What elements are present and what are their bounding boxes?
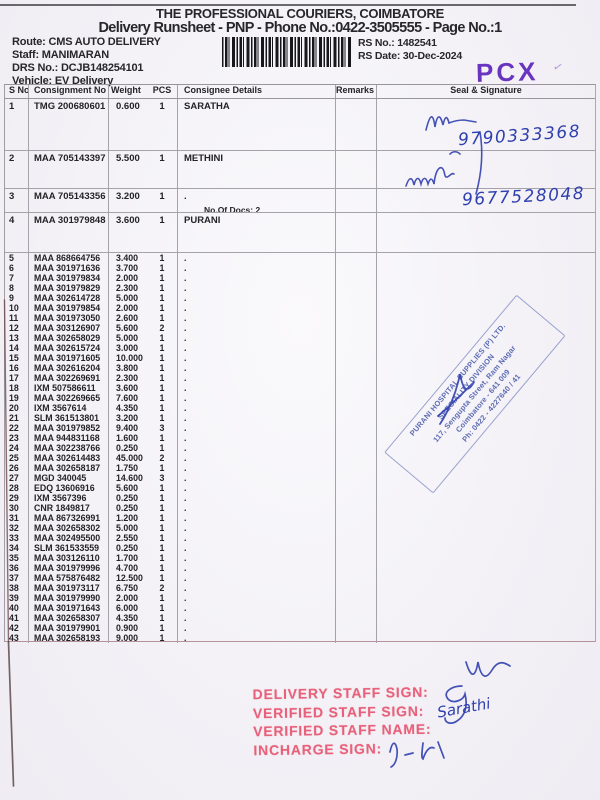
cell-c6 [336,313,377,323]
cell-c4: 1 [147,263,178,273]
cell-c6 [336,433,377,443]
cell-c2: MAA 301973050 [29,313,109,323]
cell-c3: 3.200 [109,189,147,212]
cell-c2: MAA 301979854 [29,303,109,313]
cell-c3: 3.800 [109,363,147,373]
checkmark-icon: ✓ [551,59,564,75]
cell-c7 [377,273,595,283]
cell-c7 [377,213,595,252]
header-consignment: Consignment No [29,85,109,98]
cell-c6 [336,593,377,603]
cell-c2: IXM 3567396 [29,493,109,503]
cell-c4: 3 [147,423,178,433]
cell-c5: . [178,323,336,333]
header-seal: Seal & Signature [377,85,595,98]
cell-c5: . [178,373,336,383]
cell-c4: 1 [147,433,178,443]
cell-c1: 11 [5,313,29,323]
cell-c4: 1 [147,413,178,423]
cell-c2: IXM 507586611 [29,383,109,393]
table-row: 5MAA 8686647563.4001. [5,253,595,263]
verified-staff-sign-label: VERIFIED STAFF SIGN: [253,701,432,722]
cell-c1: 40 [5,603,29,613]
cell-c3: 45.000 [109,453,147,463]
table-row: 6MAA 3019716363.7001. [5,263,595,273]
table-row: 32MAA 3026583025.0001. [5,523,595,533]
cell-c1: 38 [5,583,29,593]
staff-line: Staff: MANIMARAN [12,49,161,62]
docs-note: No.Of Docs: 2 [184,205,335,212]
cell-c1: 24 [5,443,29,453]
cell-c2: MAA 301979829 [29,283,109,293]
cell-c1: 26 [5,463,29,473]
runsheet-subtitle: Delivery Runsheet - PNP - Phone No.:0422… [0,20,600,36]
cell-c5: . [178,563,336,573]
cell-c2: MAA 302658307 [29,613,109,623]
cell-c3: 0.250 [109,493,147,503]
cell-c6 [336,443,377,453]
cell-c1: 33 [5,533,29,543]
cell-c6 [336,563,377,573]
cell-c4: 1 [147,99,178,150]
cell-c4: 1 [147,503,178,513]
cell-c5: . [178,623,336,633]
cell-c3: 0.250 [109,543,147,553]
cell-c2: MAA 868664756 [29,253,109,263]
cell-c7 [377,313,595,323]
cell-c5: . [178,443,336,453]
drs-label: DRS No.: [12,62,58,74]
cell-c4: 1 [147,403,178,413]
cell-c2: MAA 302616204 [29,363,109,373]
table-row: 28EDQ 136069165.6001. [5,483,595,493]
staff-value: MANIMARAN [42,49,109,61]
cell-c3: 2.000 [109,303,147,313]
cell-c3: 5.000 [109,523,147,533]
cell-c2: MAA 867326991 [29,513,109,523]
header-consignee: Consignee Details [178,85,336,98]
company-title: THE PROFESSIONAL COURIERS, COIMBATORE [0,6,600,21]
cell-c1: 36 [5,563,29,573]
cell-c4: 1 [147,363,178,373]
cell-c1: 2 [5,151,29,188]
cell-c7 [377,603,595,613]
cell-c6 [336,353,377,363]
cell-c5: . [178,253,336,263]
cell-c6 [336,283,377,293]
cell-c6 [336,423,377,433]
cell-c5: . [178,583,336,593]
cell-c3: 9.400 [109,423,147,433]
cell-c6 [336,383,377,393]
rs-date-label: RS Date: [358,50,400,62]
cell-c1: 3 [5,189,29,212]
cell-c2: MAA 303126907 [29,323,109,333]
cell-c1: 13 [5,333,29,343]
cell-c3: 10.000 [109,353,147,363]
cell-c5: . [178,543,336,553]
cell-c6 [336,583,377,593]
cell-c3: 2.550 [109,533,147,543]
cell-c1: 27 [5,473,29,483]
cell-c1: 28 [5,483,29,493]
cell-c3: 5.000 [109,333,147,343]
cell-c7 [377,623,595,633]
cell-c3: 5.600 [109,483,147,493]
cell-c1: 31 [5,513,29,523]
cell-c3: 4.350 [109,613,147,623]
drs-line: DRS No.: DCJB148254101 [12,62,161,75]
cell-c6 [336,413,377,423]
cell-c5: . [178,333,336,343]
cell-c1: 23 [5,433,29,443]
cell-c3: 2.600 [109,313,147,323]
route-label: Route: [12,36,46,48]
cell-c6 [336,403,377,413]
cell-c5: . [178,293,336,303]
cell-c1: 20 [5,403,29,413]
cell-c5: . [178,423,336,433]
cell-c5: . [178,313,336,323]
table-row: 33MAA 3024955002.5501. [5,533,595,543]
cell-c7 [377,493,595,503]
cell-c2: MAA 301971643 [29,603,109,613]
table-row: 34SLM 3615335590.2501. [5,543,595,553]
cell-c5: . [178,523,336,533]
cell-c7 [377,593,595,603]
cell-c3: 3.000 [109,343,147,353]
cell-c5: . [178,273,336,283]
cell-c2: MAA 705143397 [29,151,109,188]
cell-c7 [377,283,595,293]
cell-c2: MAA 301971636 [29,263,109,273]
cell-c3: 3.600 [109,383,147,393]
cell-c6 [336,323,377,333]
cell-c5: . [178,483,336,493]
cell-c5: . [178,413,336,423]
cell-c1: 21 [5,413,29,423]
cell-c2: SLM 361533559 [29,543,109,553]
cell-c4: 1 [147,483,178,493]
rs-no-label: RS No.: [358,37,395,49]
cell-c4: 1 [147,593,178,603]
cell-c6 [336,513,377,523]
cell-c5: . [178,493,336,503]
cell-c1: 39 [5,593,29,603]
cell-c1: 4 [5,213,29,252]
cell-c7 [377,633,595,643]
cell-c6 [336,303,377,313]
cell-c6 [336,189,377,212]
cell-c3: 0.250 [109,443,147,453]
rs-date-line: RS Date: 30-Dec-2024 [358,50,462,63]
header-sno: S No [5,85,29,98]
cell-c4: 1 [147,553,178,563]
cell-c3: 3.200 [109,413,147,423]
cell-c6 [336,633,377,643]
drs-value: DCJB148254101 [61,62,143,74]
cell-c6 [336,463,377,473]
cell-c3: 5.600 [109,323,147,333]
cell-c2: MAA 302658187 [29,463,109,473]
cell-c1: 14 [5,343,29,353]
cell-c1: 37 [5,573,29,583]
header-pcs: PCS [147,85,178,98]
cell-c2: CNR 1849817 [29,503,109,513]
cell-c5: . [178,473,336,483]
cell-c4: 1 [147,443,178,453]
cell-c1: 12 [5,323,29,333]
cell-c6 [336,623,377,633]
cell-c7 [377,523,595,533]
cell-c1: 30 [5,503,29,513]
cell-c7 [377,151,595,188]
table-row: 40MAA 3019716436.0001. [5,603,595,613]
table-row: 43MAA 3026581939.0001. [5,633,595,643]
cell-c2: MAA 575876482 [29,573,109,583]
cell-c3: 1.200 [109,513,147,523]
cell-c1: 9 [5,293,29,303]
cell-c3: 4.700 [109,563,147,573]
cell-c5: METHINI [178,151,336,188]
cell-c7 [377,293,595,303]
cell-c5: . [178,593,336,603]
cell-c5: . [178,283,336,293]
cell-c1: 19 [5,393,29,403]
table-row: 8MAA 3019798292.3001. [5,283,595,293]
cell-c5: . [178,363,336,373]
table-top-rows: 1TMG 2006806010.6001SARATHA2MAA 70514339… [5,99,595,253]
cell-c4: 1 [147,353,178,363]
table-row: 21SLM 3615138013.2001. [5,413,595,423]
cell-c2: MAA 301973117 [29,583,109,593]
table-row: 41MAA 3026583074.3501. [5,613,595,623]
cell-c5: . [178,463,336,473]
footer-sign-stamp: DELIVERY STAFF SIGN: VERIFIED STAFF SIGN… [252,683,431,760]
cell-c5: . [178,403,336,413]
cell-c4: 1 [147,303,178,313]
cell-c6 [336,543,377,553]
cell-c6 [336,293,377,303]
cell-c4: 1 [147,313,178,323]
cell-c5: . [178,263,336,273]
cell-c3: 5.500 [109,151,147,188]
cell-c6 [336,393,377,403]
cell-c6 [336,483,377,493]
incharge-sign-label: INCHARGE SIGN: [253,739,432,760]
cell-c6 [336,373,377,383]
cell-c2: MAA 302614483 [29,453,109,463]
cell-c6 [336,151,377,188]
cell-c7 [377,563,595,573]
cell-c3: 2.300 [109,373,147,383]
cell-c4: 2 [147,323,178,333]
cell-c3: 12.500 [109,573,147,583]
cell-c5: . [178,603,336,613]
rs-no-value: 1482541 [397,37,436,49]
cell-c4: 1 [147,189,178,212]
cell-c3: 2.300 [109,283,147,293]
cell-c2: MGD 340045 [29,473,109,483]
cell-c7 [377,483,595,493]
cell-c2: SLM 361513801 [29,413,109,423]
cell-c6 [336,503,377,513]
cell-c6 [336,613,377,623]
cell-c6 [336,533,377,543]
cell-c2: MAA 302658193 [29,633,109,643]
cell-c6 [336,343,377,353]
cell-c3: 3.700 [109,263,147,273]
cell-c4: 1 [147,523,178,533]
cell-c1: 35 [5,553,29,563]
cell-c3: 4.350 [109,403,147,413]
cell-c4: 1 [147,383,178,393]
cell-c7 [377,583,595,593]
table-row: 39MAA 3019799902.0001. [5,593,595,603]
cell-c3: 3.400 [109,253,147,263]
cell-c2: MAA 301979848 [29,213,109,252]
table-row: 30CNR 18498170.2501. [5,503,595,513]
cell-c3: 6.750 [109,583,147,593]
cell-c2: MAA 301979852 [29,423,109,433]
cell-c2: MAA 302238766 [29,443,109,453]
cell-c1: 29 [5,493,29,503]
cell-c2: MAA 944831168 [29,433,109,443]
cell-c4: 3 [147,473,178,483]
cell-c7 [377,263,595,273]
cell-c1: 1 [5,99,29,150]
cell-c7 [377,503,595,513]
cell-c3: 14.600 [109,473,147,483]
cell-c6 [336,273,377,283]
cell-c3: 1.600 [109,433,147,443]
cell-c3: 1.700 [109,553,147,563]
cell-c1: 41 [5,613,29,623]
cell-c4: 1 [147,603,178,613]
rs-no-line: RS No.: 1482541 [358,37,462,50]
table-row: 4MAA 3019798483.6001PURANI [5,213,595,253]
cell-c2: MAA 301979834 [29,273,109,283]
cell-c5: . [178,633,336,643]
cell-c1: 18 [5,383,29,393]
cell-c1: 42 [5,623,29,633]
cell-c7 [377,553,595,563]
table-row: 36MAA 3019799964.7001. [5,563,595,573]
cell-c7 [377,253,595,263]
cell-c3: 3.600 [109,213,147,252]
table-row: 38MAA 3019731176.7502. [5,583,595,593]
cell-c4: 1 [147,533,178,543]
cell-c5: . [178,553,336,563]
cell-c1: 16 [5,363,29,373]
cell-c4: 1 [147,333,178,343]
cell-c6 [336,99,377,150]
cell-c2: MAA 301971605 [29,353,109,363]
cell-c4: 2 [147,583,178,593]
cell-c3: 1.750 [109,463,147,473]
cell-c3: 0.250 [109,503,147,513]
cell-c5: . [178,503,336,513]
cell-c2: IXM 3567614 [29,403,109,413]
cell-c4: 1 [147,151,178,188]
cell-c2: MAA 302658029 [29,333,109,343]
cell-c4: 2 [147,453,178,463]
table-row: 23MAA 9448311681.6001. [5,433,595,443]
cell-c3: 2.000 [109,273,147,283]
cell-c6 [336,363,377,373]
cell-c6 [336,493,377,503]
cell-c3: 0.900 [109,623,147,633]
cell-c4: 1 [147,543,178,553]
cell-c2: MAA 302614728 [29,293,109,303]
cell-c6 [336,263,377,273]
cell-c5: . [178,453,336,463]
cell-c3: 6.000 [109,603,147,613]
runsheet-document: THE PROFESSIONAL COURIERS, COIMBATORE De… [0,0,600,800]
cell-c4: 1 [147,493,178,503]
cell-c5: . [178,573,336,583]
cell-c7 [377,613,595,623]
cell-c7 [377,543,595,553]
cell-c1: 6 [5,263,29,273]
rs-block: RS No.: 1482541 RS Date: 30-Dec-2024 [358,37,462,63]
cell-c6 [336,253,377,263]
cell-c5: SARATHA [178,99,336,150]
cell-c6 [336,473,377,483]
cell-c6 [336,453,377,463]
cell-c4: 1 [147,293,178,303]
cell-c2: MAA 302495500 [29,533,109,543]
table-row: 37MAA 57587648212.5001. [5,573,595,583]
cell-c7 [377,533,595,543]
cell-c1: 22 [5,423,29,433]
cell-c4: 1 [147,213,178,252]
cell-c4: 1 [147,283,178,293]
cell-c2: MAA 302615724 [29,343,109,353]
route-line: Route: CMS AUTO DELIVERY [12,36,161,49]
cell-c4: 1 [147,343,178,353]
table-row: 42MAA 3019799010.9001. [5,623,595,633]
cell-c6 [336,603,377,613]
cell-c3: 5.000 [109,293,147,303]
table-row: 7MAA 3019798342.0001. [5,273,595,283]
cell-c7 [377,513,595,523]
verified-staff-name-label: VERIFIED STAFF NAME: [253,720,432,741]
cell-c7 [377,573,595,583]
cell-c5: . [178,353,336,363]
table-header-row: S No Consignment No Weight PCS Consignee… [5,85,595,99]
cell-c4: 1 [147,393,178,403]
cell-c5: . [178,383,336,393]
delivery-staff-sign-label: DELIVERY STAFF SIGN: [252,683,431,704]
cell-c4: 1 [147,253,178,263]
cell-c4: 1 [147,613,178,623]
cell-c3: 7.600 [109,393,147,403]
cell-c5: . [178,393,336,403]
table-row: 24MAA 3022387660.2501. [5,443,595,453]
cell-c3: 0.600 [109,99,147,150]
cell-c1: 32 [5,523,29,533]
cell-c2: MAA 301979990 [29,593,109,603]
cell-c2: MAA 705143356 [29,189,109,212]
cell-c1: 5 [5,253,29,263]
cell-c4: 1 [147,513,178,523]
cell-c3: 9.000 [109,633,147,643]
cell-c5: . [178,343,336,353]
header-remarks: Remarks [336,85,377,98]
handwritten-verified-name: Sarathi [436,694,492,721]
cell-c4: 1 [147,573,178,583]
